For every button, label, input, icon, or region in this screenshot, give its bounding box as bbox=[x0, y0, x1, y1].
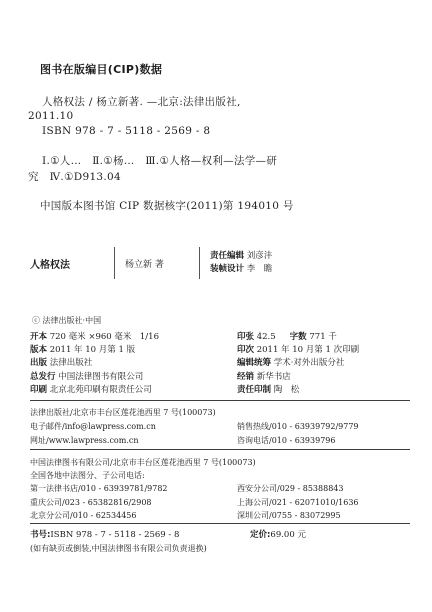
designer-label: 装帧设计 bbox=[210, 264, 244, 274]
book-number-label: 书号: bbox=[30, 530, 50, 540]
contact-row: 电子邮件/info@lawpress.com.cn 销售热线/010 - 639… bbox=[30, 420, 410, 434]
isbn-price-row: 书号:ISBN 978 - 7 - 5118 - 2569 - 8 定价:69.… bbox=[30, 528, 410, 540]
spec-row: 总发行 中国法律图书有限公司 经销 新华书店 bbox=[30, 371, 410, 384]
format-label: 开本 bbox=[30, 332, 47, 342]
book-number-value: ISBN 978 - 7 - 5118 - 2569 - 8 bbox=[50, 530, 179, 540]
seller-label: 经销 bbox=[237, 372, 254, 382]
title-credits-block: 人格权法 杨立新 著 责任编辑 刘彦沣 装帧设计 李 瞻 bbox=[30, 247, 402, 279]
distributor-address: 中国法律图书有限公司/北京市丰台区莲花池西里 7 号(100073) bbox=[30, 456, 410, 469]
branch-first-bookstore: 第一法律书店/010 - 63939781/9782 bbox=[30, 482, 237, 495]
price-value: 69.00 元 bbox=[270, 530, 306, 540]
website-line: 网址/www.lawpress.com.cn bbox=[30, 434, 237, 448]
edition-label: 版本 bbox=[30, 345, 47, 355]
publication-specs: 开本 720 毫米 ×960 毫米 1/16 印张 42.5字数 771 千 版… bbox=[30, 331, 410, 397]
publisher-value: 法律出版社 bbox=[50, 358, 93, 368]
spec-row: 开本 720 毫米 ×960 毫米 1/16 印张 42.5字数 771 千 bbox=[30, 331, 410, 344]
printer-value: 北京北苑印刷有限责任公司 bbox=[50, 385, 152, 395]
format-value: 720 毫米 ×960 毫米 1/16 bbox=[50, 332, 159, 342]
copyright-notice: ⓒ 法律出版社·中国 bbox=[32, 315, 101, 326]
price: 定价:69.00 元 bbox=[250, 528, 306, 540]
sheets-label: 印张 bbox=[237, 332, 254, 342]
contact-row: 网址/www.lawpress.com.cn 咨询电话/010 - 639397… bbox=[30, 434, 410, 448]
branch-xian: 西安分公司/029 - 85388843 bbox=[237, 482, 343, 495]
price-label: 定价: bbox=[250, 530, 270, 540]
coordinator-label: 编辑统筹 bbox=[237, 358, 271, 368]
branch-shenzhen: 深圳公司/0755 - 83072995 bbox=[237, 509, 341, 522]
credits-column: 责任编辑 刘彦沣 装帧设计 李 瞻 bbox=[199, 247, 272, 279]
designer-credit: 装帧设计 李 瞻 bbox=[210, 263, 272, 276]
printer-label: 印刷 bbox=[30, 385, 47, 395]
printing-label: 印次 bbox=[237, 345, 254, 355]
coordinator-value: 学术·对外出版分社 bbox=[274, 358, 345, 368]
distributor-contact: 中国法律图书有限公司/北京市丰台区莲花池西里 7 号(100073) 全国各地中… bbox=[30, 456, 410, 522]
editor-label: 责任编辑 bbox=[210, 251, 244, 261]
book-copyright-page: 图书在版编目(CIP)数据 人格权法 / 杨立新著. —北京:法律出版社, 20… bbox=[0, 0, 432, 612]
publisher-address: 法律出版社/北京市丰台区莲花池西里 7 号(100073) bbox=[30, 406, 410, 420]
book-author: 杨立新 著 bbox=[114, 247, 199, 279]
print-supervisor-label: 责任印制 bbox=[237, 385, 271, 395]
branch-shanghai: 上海公司/021 - 62071010/1636 bbox=[237, 496, 359, 509]
branch-chongqing: 重庆公司/023 - 65382816/2908 bbox=[30, 496, 237, 509]
distributor-label: 总发行 bbox=[30, 372, 56, 382]
seller-value: 新华书店 bbox=[257, 372, 291, 382]
branch-beijing: 北京分公司/010 - 62534456 bbox=[30, 509, 237, 522]
cip-classification-line1: Ⅰ.①人… Ⅱ.①杨… Ⅲ.①人格—权利—法学—研 bbox=[42, 153, 277, 168]
cip-description-line2: 2011.10 bbox=[28, 110, 74, 122]
divider-rule bbox=[30, 523, 410, 524]
branch-row: 北京分公司/010 - 62534456 深圳公司/0755 - 8307299… bbox=[30, 509, 410, 522]
editor-name: 刘彦沣 bbox=[247, 251, 273, 261]
cip-description-line1: 人格权法 / 杨立新著. —北京:法律出版社, bbox=[42, 94, 241, 109]
inquiry-phone-line: 咨询电话/010 - 63939796 bbox=[237, 434, 335, 448]
cip-record-number: 中国版本图书馆 CIP 数据核字(2011)第 194010 号 bbox=[40, 198, 294, 213]
spec-row: 印刷 北京北苑印刷有限责任公司 责任印制 陶 松 bbox=[30, 384, 410, 397]
publisher-label: 出版 bbox=[30, 358, 47, 368]
wordcount-label: 字数 bbox=[290, 332, 307, 342]
divider-rule bbox=[30, 400, 410, 401]
book-title: 人格权法 bbox=[30, 247, 114, 279]
email-line: 电子邮件/info@lawpress.com.cn bbox=[30, 420, 237, 434]
branches-intro: 全国各地中法图分、子公司电话: bbox=[30, 469, 410, 482]
branch-row: 第一法律书店/010 - 63939781/9782 西安分公司/029 - 8… bbox=[30, 482, 410, 495]
editor-credit: 责任编辑 刘彦沣 bbox=[210, 250, 272, 263]
cip-heading: 图书在版编目(CIP)数据 bbox=[40, 61, 162, 77]
cip-classification-line2: 究 Ⅳ.①D913.04 bbox=[28, 169, 121, 184]
print-supervisor-value: 陶 松 bbox=[274, 385, 300, 395]
replacement-note: (如有缺页或倒装,中国法律图书有限公司负责退换) bbox=[30, 543, 207, 554]
distributor-value: 中国法律图书有限公司 bbox=[58, 372, 143, 382]
sheets-value: 42.5 bbox=[257, 332, 276, 342]
sales-hotline-line: 销售热线/010 - 63939792/9779 bbox=[237, 420, 359, 434]
edition-value: 2011 年 10 月第 1 版 bbox=[50, 345, 135, 355]
spec-row: 出版 法律出版社 编辑统筹 学术·对外出版分社 bbox=[30, 357, 410, 370]
printing-value: 2011 年 10 月第 1 次印刷 bbox=[257, 345, 359, 355]
book-number: 书号:ISBN 978 - 7 - 5118 - 2569 - 8 bbox=[30, 528, 250, 540]
branch-row: 重庆公司/023 - 65382816/2908 上海公司/021 - 6207… bbox=[30, 496, 410, 509]
designer-name: 李 瞻 bbox=[247, 264, 273, 274]
divider-rule bbox=[30, 449, 410, 450]
spec-row: 版本 2011 年 10 月第 1 版 印次 2011 年 10 月第 1 次印… bbox=[30, 344, 410, 357]
publisher-contact: 法律出版社/北京市丰台区莲花池西里 7 号(100073) 电子邮件/info@… bbox=[30, 406, 410, 449]
cip-isbn-line: ISBN 978 - 7 - 5118 - 2569 - 8 bbox=[42, 125, 210, 137]
wordcount-value: 771 千 bbox=[309, 332, 336, 342]
